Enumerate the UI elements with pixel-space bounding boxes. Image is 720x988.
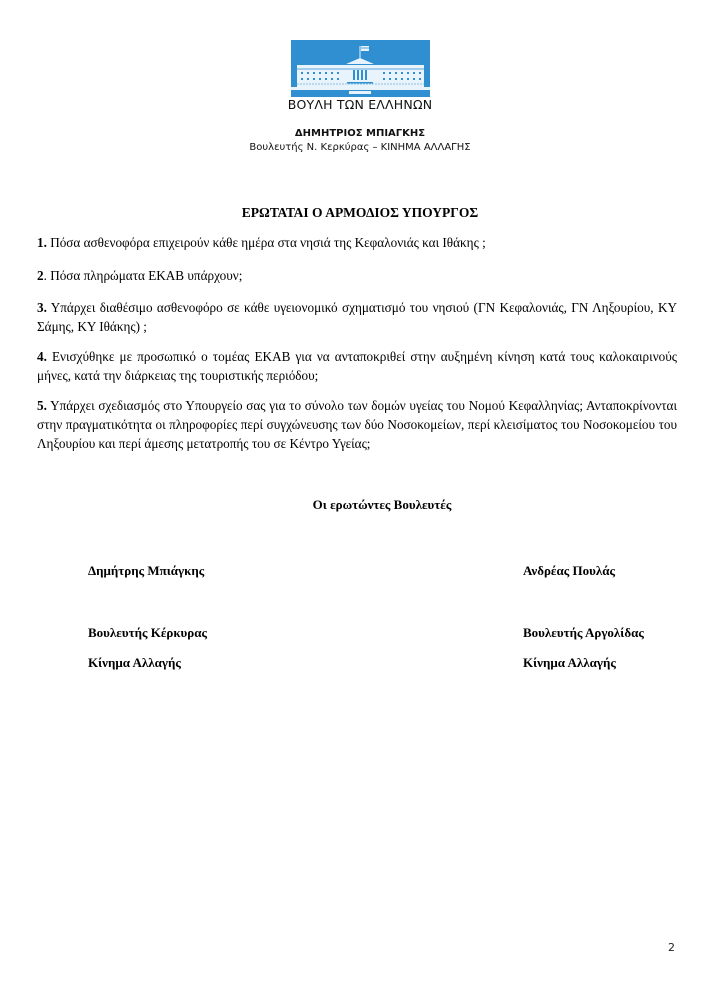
signatory-2-role: Βουλευτής Αργολίδας (523, 625, 644, 641)
signatory-2-party: Κίνημα Αλλαγής (523, 655, 616, 671)
hellenic-parliament-logo-icon (291, 40, 430, 97)
signatory-2-name: Ανδρέας Πουλάς (523, 563, 615, 579)
mp-subtitle: Βουλευτής Ν. Κερκύρας – ΚΙΝΗΜΑ ΑΛΛΑΓΗΣ (0, 142, 720, 153)
askers-title: Οι ερωτώντες Βουλευτές (0, 497, 720, 513)
question-text: Υπάρχει διαθέσιμο ασθενοφόρο σε κάθε υγε… (37, 300, 677, 334)
parliament-title: ΒΟΥΛΗ ΤΩΝ ΕΛΛΗΝΩΝ (0, 97, 720, 112)
question-number: 3. (37, 300, 47, 315)
mp-name: ΔΗΜΗΤΡΙΟΣ ΜΠΙΑΓΚΗΣ (0, 128, 720, 139)
question-1: 1. Πόσα ασθενοφόρα επιχειρούν κάθε ημέρα… (37, 233, 677, 252)
question-number: 2 (37, 268, 44, 283)
question-3: 3. Υπάρχει διαθέσιμο ασθενοφόρο σε κάθε … (37, 298, 677, 336)
question-text: Υπάρχει σχεδιασμός στο Υπουργείο σας για… (37, 398, 677, 451)
question-2: 2. Πόσα πληρώματα ΕΚΑΒ υπάρχουν; (37, 266, 677, 285)
question-4: 4. Ενισχύθηκε με προσωπικό ο τομέας ΕΚΑΒ… (37, 347, 677, 385)
question-5: 5. Υπάρχει σχεδιασμός στο Υπουργείο σας … (37, 396, 677, 453)
signatory-1-name: Δημήτρης Μπιάγκης (88, 563, 204, 579)
page-number: 2 (668, 941, 675, 954)
question-number: 1. (37, 235, 47, 250)
document-heading: ΕΡΩΤΑΤΑΙ Ο ΑΡΜΟΔΙΟΣ ΥΠΟΥΡΓΟΣ (0, 205, 720, 221)
signatory-1-role: Βουλευτής Κέρκυρας (88, 625, 207, 641)
question-number: 4. (37, 349, 47, 364)
document-page: ΒΟΥΛΗ ΤΩΝ ΕΛΛΗΝΩΝ ΔΗΜΗΤΡΙΟΣ ΜΠΙΑΓΚΗΣ Βου… (0, 0, 720, 988)
question-number: 5. (37, 398, 47, 413)
question-text: . Πόσα πληρώματα ΕΚΑΒ υπάρχουν; (44, 268, 243, 283)
signatory-1-party: Κίνημα Αλλαγής (88, 655, 181, 671)
question-text: Ενισχύθηκε με προσωπικό ο τομέας ΕΚΑΒ γι… (37, 349, 677, 383)
question-text: Πόσα ασθενοφόρα επιχειρούν κάθε ημέρα στ… (47, 235, 486, 250)
